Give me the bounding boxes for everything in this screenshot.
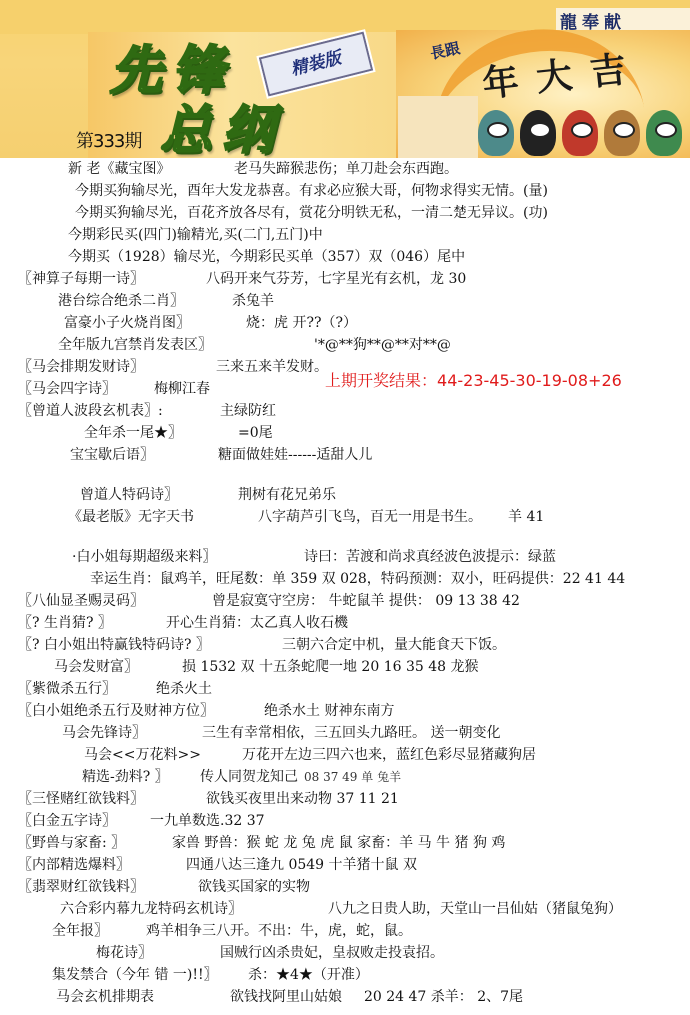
row: 马会先锋诗〗三生有幸常相依，三五回头九路旺。 送一朝变化 bbox=[62, 724, 500, 742]
row: 今期买狗输尽光，酉年大发龙恭喜。有求必应猴大哥，何物求得实无情。(量) bbox=[75, 182, 548, 200]
row-label: 六合彩内幕九龙特码玄机诗〗 bbox=[60, 900, 328, 918]
row-label: 〖白金五字诗〗 bbox=[18, 812, 150, 830]
row-text: 三来五来羊发财。 bbox=[216, 358, 328, 376]
row-extra: 08 37 49 单 兔羊 bbox=[304, 768, 401, 786]
row-text: 开心生肖猜：太乙真人收石機 bbox=[166, 614, 348, 632]
row-text: 三朝六合定中机，量大能食天下饭。 bbox=[282, 636, 506, 654]
row-label: 马会先锋诗〗 bbox=[62, 724, 202, 742]
row-label: 〖? 生肖猜? 〗 bbox=[18, 614, 166, 632]
row-label: 〖马会四字诗〗 bbox=[18, 380, 154, 398]
row: 〖野兽与家畜: 〗家兽 野兽：猴 蛇 龙 兔 虎 鼠 家畜：羊 马 牛 猪 狗 … bbox=[18, 834, 505, 852]
row: 〖紫微杀五行〗绝杀火土 bbox=[18, 680, 212, 698]
row-label: 全年报〗 bbox=[52, 922, 146, 940]
row-text: 今期买（1928）输尽光，今期彩民买单（357）双（046）尾中 bbox=[68, 248, 465, 266]
row-text: 绝杀水土 财神东南方 bbox=[264, 702, 394, 720]
mascot-icon bbox=[520, 110, 556, 156]
row: 〖白金五字诗〗一九单数选.32 37 bbox=[18, 812, 265, 830]
row-text: 八字葫芦引飞鸟，百无一用是书生。 bbox=[258, 508, 482, 526]
row: 《最老版》无字天书八字葫芦引飞鸟，百无一用是书生。羊 41 bbox=[68, 508, 544, 526]
row-label: 新 老《藏宝图》 bbox=[68, 160, 218, 178]
row-text: 绝杀火土 bbox=[156, 680, 212, 698]
row-text: 三生有幸常相依，三五回头九路旺。 送一朝变化 bbox=[202, 724, 500, 742]
row-text: 梅柳江春 bbox=[154, 380, 210, 398]
row: 全年报〗鸡羊相争三八开。不出：牛，虎，蛇，鼠。 bbox=[52, 922, 412, 940]
row-text: 老马失蹄猴悲伤；单刀赴会东西跑。 bbox=[234, 160, 458, 178]
last-draw-result: 上期开奖结果：44-23-45-30-19-08+26 bbox=[325, 368, 622, 391]
row: 〖白小姐绝杀五行及财神方位〗绝杀水土 财神东南方 bbox=[18, 702, 394, 720]
row: 精选-劲料? 〗传人同贺龙知己08 37 49 单 兔羊 bbox=[82, 768, 401, 786]
blank-box-decoration bbox=[398, 96, 478, 158]
row-label: 〖马会排期发财诗〗 bbox=[18, 358, 216, 376]
row-label: 全年版九宫禁肖发表区〗 bbox=[58, 336, 314, 354]
row: 六合彩内幕九龙特码玄机诗〗八九之日贵人助，天堂山一吕仙姑（猪鼠兔狗） bbox=[60, 900, 622, 918]
row: 港台综合绝杀二肖〗杀兔羊 bbox=[58, 292, 274, 310]
row-text: 烧：虎 开??（?） bbox=[246, 314, 357, 332]
row-label: 马会发财富〗 bbox=[54, 658, 182, 676]
row: 〖? 白小姐出特赢钱特码诗? 〗三朝六合定中机，量大能食天下饭。 bbox=[18, 636, 506, 654]
presenter-text: 龍奉献 bbox=[560, 8, 626, 33]
row-text: 一九单数选.32 37 bbox=[150, 812, 265, 830]
mascot-icon bbox=[562, 110, 598, 156]
row-text: 传人同贺龙知己 bbox=[200, 768, 298, 786]
row-text: 杀：★4★（开准） bbox=[248, 966, 369, 984]
row-text: 家兽 野兽：猴 蛇 龙 兔 虎 鼠 家畜：羊 马 牛 猪 狗 鸡 bbox=[172, 834, 505, 852]
row-text: 主绿防红 bbox=[220, 402, 276, 420]
row-text: 损 1532 双 十五条蛇爬一地 20 16 35 48 龙猴 bbox=[182, 658, 479, 676]
row: 〖马会四字诗〗梅柳江春 bbox=[18, 380, 210, 398]
row: 今期买狗输尽光，百花齐放各尽有，赏花分明铁无私，一清二楚无异议。(功) bbox=[75, 204, 548, 222]
row: 宝宝歇后语〗糖面做娃娃------适甜人儿 bbox=[70, 446, 372, 464]
result-label: 上期开奖结果： bbox=[325, 371, 437, 390]
row-text: 八九之日贵人助，天堂山一吕仙姑（猪鼠兔狗） bbox=[328, 900, 622, 918]
row-text: 今期买狗输尽光，百花齐放各尽有，赏花分明铁无私，一清二楚无异议。(功) bbox=[75, 204, 548, 222]
row-text: 曾是寂寞守空房： 牛蛇鼠羊 提供： 09 13 38 42 bbox=[212, 592, 520, 610]
row-label: 〖翡翠财红欲钱料〗 bbox=[18, 878, 198, 896]
row-label: 精选-劲料? 〗 bbox=[82, 768, 200, 786]
row: 全年杀一尾★〗=0尾 bbox=[84, 424, 273, 442]
row-text: 幸运生肖：鼠鸡羊，旺尾数：单 359 双 028，特码预测：双小，旺码提供：22… bbox=[90, 570, 625, 588]
row: 梅花诗〗国贼行凶杀贵妃，皇叔败走投袁招。 bbox=[96, 944, 444, 962]
row-text: 杀兔羊 bbox=[232, 292, 274, 310]
row-text: 诗曰：苦渡和尚求真经波色波提示：绿蓝 bbox=[304, 548, 556, 566]
row-text: 欲钱买夜里出来动物 37 11 21 bbox=[206, 790, 399, 808]
row-text: 八码开来气芬芳，七字星光有玄机，龙 30 bbox=[206, 270, 466, 288]
banner-title-bottom: 总纲 bbox=[160, 88, 284, 158]
row: 曾道人特码诗〗荆树有花兄弟乐 bbox=[80, 486, 336, 504]
row: 马会玄机排期表欲钱找阿里山姑娘20 24 47 杀羊： 2、7尾 bbox=[56, 988, 523, 1006]
issue-number: 第333期 bbox=[76, 127, 141, 153]
row-label: 〖? 白小姐出特赢钱特码诗? 〗 bbox=[18, 636, 282, 654]
row-label: 〖紫微杀五行〗 bbox=[18, 680, 156, 698]
row: 今期买（1928）输尽光，今期彩民买单（357）双（046）尾中 bbox=[68, 248, 465, 266]
row: 新 老《藏宝图》老马失蹄猴悲伤；单刀赴会东西跑。 bbox=[68, 160, 458, 178]
row: 马会<<万花料>>万花开左边三四六也来，蓝红色彩尽显猪藏狗居 bbox=[84, 746, 536, 764]
row-label: 〖野兽与家畜: 〗 bbox=[18, 834, 172, 852]
row-text: 今期彩民买(四门)输精光,买(二门,五门)中 bbox=[68, 226, 323, 244]
row-text: 四通八达三逢九 0549 十羊猪十鼠 双 bbox=[186, 856, 417, 874]
row: 集发禁合（今年 错 一)!!〗杀：★4★（开准） bbox=[52, 966, 369, 984]
row: 幸运生肖：鼠鸡羊，旺尾数：单 359 双 028，特码预测：双小，旺码提供：22… bbox=[90, 570, 625, 588]
row-text: 欲钱买国家的实物 bbox=[198, 878, 310, 896]
row-label: 集发禁合（今年 错 一)!!〗 bbox=[52, 966, 248, 984]
row: 〖神算子每期一诗〗八码开来气芬芳，七字星光有玄机，龙 30 bbox=[18, 270, 466, 288]
row: 富豪小子火烧肖图〗烧：虎 开??（?） bbox=[64, 314, 357, 332]
result-numbers: 44-23-45-30-19-08+26 bbox=[437, 371, 622, 390]
row-text: 欲钱找阿里山姑娘 bbox=[230, 988, 342, 1006]
row: 〖? 生肖猜? 〗开心生肖猜：太乙真人收石機 bbox=[18, 614, 348, 632]
row-text: 万花开左边三四六也来，蓝红色彩尽显猪藏狗居 bbox=[242, 746, 536, 764]
row: 〖内部精选爆料〗四通八达三逢九 0549 十羊猪十鼠 双 bbox=[18, 856, 417, 874]
row-label: 〖八仙显圣赐灵码〗 bbox=[18, 592, 212, 610]
row-label: 《最老版》无字天书 bbox=[68, 508, 258, 526]
mascot-icon bbox=[478, 110, 514, 156]
mascot-icon bbox=[646, 110, 682, 156]
row-label: 宝宝歇后语〗 bbox=[70, 446, 218, 464]
row-label: 全年杀一尾★〗 bbox=[84, 424, 238, 442]
row-text: 鸡羊相争三八开。不出：牛，虎，蛇，鼠。 bbox=[146, 922, 412, 940]
row-label: 〖三怪赌红欲钱料〗 bbox=[18, 790, 206, 808]
row-label: 〖曾道人波段玄机表〗: bbox=[18, 402, 220, 420]
row-label: 马会<<万花料>> bbox=[84, 746, 242, 764]
row: 〖八仙显圣赐灵码〗曾是寂寞守空房： 牛蛇鼠羊 提供： 09 13 38 42 bbox=[18, 592, 520, 610]
row-text: =0尾 bbox=[238, 424, 273, 442]
header-banner: 先锋 总纲 精装版 第333期 龍奉献 長跟 年大吉 bbox=[0, 0, 690, 158]
row-label: 〖神算子每期一诗〗 bbox=[18, 270, 206, 288]
row: 〖马会排期发财诗〗三来五来羊发财。 bbox=[18, 358, 328, 376]
row-label: 〖内部精选爆料〗 bbox=[18, 856, 186, 874]
row: 全年版九宫禁肖发表区〗'*@**狗**@**对**@ bbox=[58, 336, 451, 354]
row-label: 〖白小姐绝杀五行及财神方位〗 bbox=[18, 702, 264, 720]
row-text: 荆树有花兄弟乐 bbox=[238, 486, 336, 504]
row: ·白小姐每期超级来料〗诗曰：苦渡和尚求真经波色波提示：绿蓝 bbox=[72, 548, 556, 566]
row-text: 今期买狗输尽光，酉年大发龙恭喜。有求必应猴大哥，何物求得实无情。(量) bbox=[75, 182, 548, 200]
row-label: ·白小姐每期超级来料〗 bbox=[72, 548, 304, 566]
mascot-icon bbox=[604, 110, 640, 156]
row-label: 港台综合绝杀二肖〗 bbox=[58, 292, 232, 310]
row-extra: 羊 41 bbox=[508, 508, 544, 526]
row-label: 曾道人特码诗〗 bbox=[80, 486, 238, 504]
row: 〖曾道人波段玄机表〗:主绿防红 bbox=[18, 402, 276, 420]
row-text: '*@**狗**@**对**@ bbox=[314, 336, 451, 354]
row: 今期彩民买(四门)输精光,买(二门,五门)中 bbox=[68, 226, 323, 244]
mascots-image bbox=[478, 110, 688, 158]
row: 〖翡翠财红欲钱料〗欲钱买国家的实物 bbox=[18, 878, 310, 896]
row-label: 梅花诗〗 bbox=[96, 944, 220, 962]
row-extra: 20 24 47 杀羊： 2、7尾 bbox=[364, 988, 523, 1006]
row-text: 糖面做娃娃------适甜人儿 bbox=[218, 446, 372, 464]
row-label: 富豪小子火烧肖图〗 bbox=[64, 314, 246, 332]
row-text: 国贼行凶杀贵妃，皇叔败走投袁招。 bbox=[220, 944, 444, 962]
row: 〖三怪赌红欲钱料〗欲钱买夜里出来动物 37 11 21 bbox=[18, 790, 399, 808]
row-label: 马会玄机排期表 bbox=[56, 988, 230, 1006]
row: 马会发财富〗损 1532 双 十五条蛇爬一地 20 16 35 48 龙猴 bbox=[54, 658, 479, 676]
